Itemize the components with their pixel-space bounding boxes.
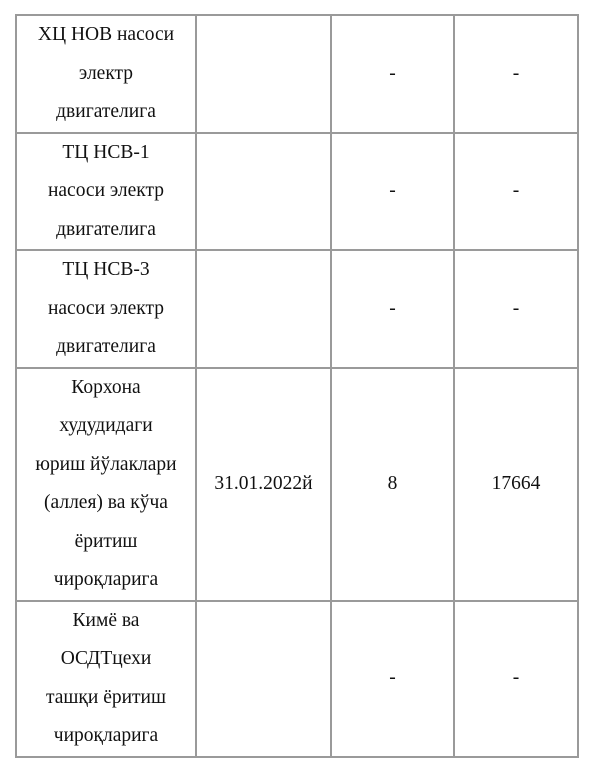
table-row: ХЦ НОВ насоси электр двигателига - - — [16, 15, 578, 133]
data-table: ХЦ НОВ насоси электр двигателига - - ТЦ … — [15, 14, 579, 758]
name-line: двигателига — [21, 211, 191, 250]
table-row: ТЦ НСВ-3 насоси электр двигателига - - — [16, 250, 578, 368]
name-line: чироқларига — [21, 561, 191, 600]
count-cell: - — [331, 250, 454, 368]
table-row: Кимё ва ОСДТцехи ташқи ёритиш чироқлариг… — [16, 601, 578, 757]
value-cell: - — [454, 133, 578, 251]
name-line: (аллея) ва кўча — [21, 484, 191, 523]
row-name-cell: ТЦ НСВ-3 насоси электр двигателига — [16, 250, 196, 368]
name-line: Корхона — [21, 369, 191, 408]
name-line: двигателига — [21, 328, 191, 367]
date-cell — [196, 250, 331, 368]
date-cell — [196, 601, 331, 757]
name-line: ТЦ НСВ-1 — [21, 134, 191, 173]
name-line: юриш йўлаклари — [21, 446, 191, 485]
count-cell: - — [331, 15, 454, 133]
name-line: Кимё ва — [21, 602, 191, 641]
value-cell: 17664 — [454, 368, 578, 601]
name-line: насоси электр — [21, 172, 191, 211]
row-name-cell: ХЦ НОВ насоси электр двигателига — [16, 15, 196, 133]
table-row: ТЦ НСВ-1 насоси электр двигателига - - — [16, 133, 578, 251]
name-line: ХЦ НОВ насоси — [21, 16, 191, 55]
value-cell: - — [454, 15, 578, 133]
date-cell — [196, 15, 331, 133]
count-cell: - — [331, 133, 454, 251]
name-line: ОСДТцехи — [21, 640, 191, 679]
value-cell: - — [454, 250, 578, 368]
value-cell: - — [454, 601, 578, 757]
row-name-cell: ТЦ НСВ-1 насоси электр двигателига — [16, 133, 196, 251]
name-line: двигателига — [21, 93, 191, 132]
name-line: насоси электр — [21, 290, 191, 329]
name-line: чироқларига — [21, 717, 191, 756]
name-line: ТЦ НСВ-3 — [21, 251, 191, 290]
name-line: ташқи ёритиш — [21, 679, 191, 718]
name-line: худудидаги — [21, 407, 191, 446]
name-line: ёритиш — [21, 523, 191, 562]
count-cell: 8 — [331, 368, 454, 601]
row-name-cell: Корхона худудидаги юриш йўлаклари (аллея… — [16, 368, 196, 601]
date-cell — [196, 133, 331, 251]
table-row: Корхона худудидаги юриш йўлаклари (аллея… — [16, 368, 578, 601]
name-line: электр — [21, 55, 191, 94]
date-cell: 31.01.2022й — [196, 368, 331, 601]
row-name-cell: Кимё ва ОСДТцехи ташқи ёритиш чироқлариг… — [16, 601, 196, 757]
count-cell: - — [331, 601, 454, 757]
